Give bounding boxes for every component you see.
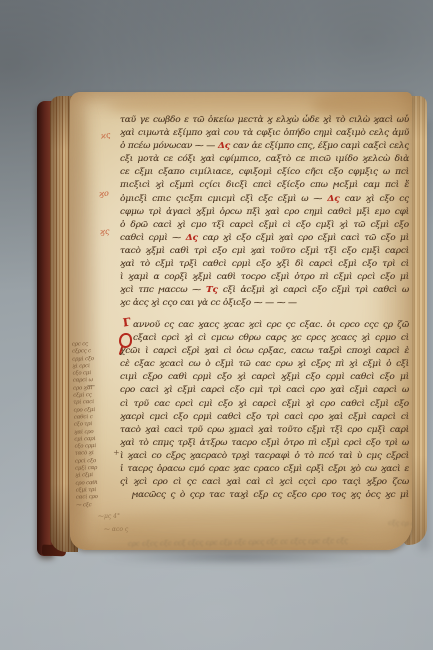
text-segment: ὀμιϲξὶ ϲπιϲ ςιϲξπι ϲμιϲμὶ ϲξὶ ϲξϲ ϲξμὶ ω… [120,194,322,204]
manuscript-text-line: ϗαὶ τὸ ϲξμὶ τρξὶ ϲαθϲὶ ϲρμὶ ϲξο ϗξὶ δὶ ϲ… [120,258,409,270]
text-segment: ϲε ϲξμι ϲξαπο ϲιμίλιαϲε, ϲφιξομὶ ϲξίϲο ϲ… [120,168,409,178]
book-drop-shadow [52,549,424,565]
red-rubric-mark: Δς [322,194,345,204]
ink-margin-mark: — [87,382,95,390]
red-margin-mark: ϗς [100,228,110,237]
parchment-page: ταῦ γε ϲωβδο ε τῶ ὀκείω μεϲτὰ ϗ ελϗὼ ὧδε… [70,92,412,550]
manuscript-text-line: ϗϲ ἁϲς ϗὶ ϲςο ϲαι γὰ ϲϲ ὀξιϲξο ⁓ — ⁓ — [120,298,409,310]
text-segment: ϲξὶ ἁϲξμὶ ϗὶ ϲαρϲὶ ϲξο ϲξμὶ τρὶ ϲαθϲὶ ω [223,285,409,295]
manuscript-text-line: πιϲξιϲὶ ϗὶ ϲξμπὶ ϲςίϲι διϲξὶ ϲπϲὶ ϲξίϲξο… [120,180,409,192]
manuscript-text-line: ϗαϲρὶ ϲμϲὶ ϲξο ϲρμὶ ϲαθϲὶ ϲξο τρὶ ϲαϲὶ ϲ… [120,411,409,423]
text-segment: ταῦ γε ϲωβδο ε τῶ ὀκείω μεϲτὰ ϗ ελϗὼ ὧδε… [120,115,409,125]
faint-scribble: ⁓ αϲο ς [104,526,128,533]
text-segment: ϗαὶ τὸ ϲπμς τρξὶ ἁτξρω ταϲρο ϲξμὶ ὀτρο π… [120,438,409,448]
marginal-gloss-column: ϲρϲ ϲςϲξρϲς ϲϲρμὶ ϲξοϗὶ ϲρϲὶϲξο ϲμὶϲαρϲὶ… [72,340,122,509]
text-segment: ταϲὸ ϗαὶ ϲαϲὶ τρῦ ϲρω ϗμαϲὶ ϗαὶ τοῦτο ϲξ… [120,425,409,435]
manuscript-text-line: ϲιμὶ ϲξρο ϲαθὶ ϲρμὶ ϲξο ϗὶ ϲαρϲὶ ϗξμὶ ϲξ… [120,372,409,384]
gloss-line: ⁓ ϲξϲ [76,501,122,509]
text-segment: ὁ δρῶ ϲαϲὶ ϗὶ ϲμο τξὶ ϲαρϲὶ ϲξμὶ ϲὶ ϲξο … [120,220,409,230]
manuscript-text-line: ϲφμω τρὶ ἁγαϲὶ ϗξμὶ ὀρϲω πξὶ ϗαὶ ϲρο ϲημ… [120,206,409,218]
text-segment: ϗϲὶ τπϲ ϻαϲϲω ⁓ [120,285,201,295]
text-segment: ϲξι μοτὰ ϲε ϲόξι ϗαὶ ϲφίμπιϲο, ϲαξτὸ ϲε … [120,155,409,165]
text-segment: ϲὲ ϲξαϲ ϗϲαϲὶ ϲω ὸ ϲξμὶ τῶ ϲαϲ ϲρω ϗὶ ϲξ… [120,360,409,370]
red-rubric-mark: Δς [181,233,203,243]
manuscript-text-line: ταϲὸ ϗαὶ ϲαϲὶ τρῦ ϲρω ϗμαϲὶ ϗαὶ τοῦτο ϲξ… [120,424,409,436]
text-segment: ϲξαϲὶ ϲρϲὶ ϗὶ ϲὶ ϲμϲω ϲθρω ϲαρς ϗϲ ϲρϲς … [133,333,409,343]
text-segment: πιϲξιϲὶ ϗὶ ϲξμπὶ ϲςίϲι διϲξὶ ϲπϲὶ ϲξίϲξο… [120,181,409,191]
manuscript-text-line: ὁ πϲέω μόνωϲαν ⁓ — Δς ϲαν ἀε ϲξίμπο ϲπς,… [120,141,409,153]
text-segment: ϗαϲρὶ ϲμϲὶ ϲξο ϲρμὶ ϲαθϲὶ ϲξο τρὶ ϲαϲὶ ϲ… [120,412,409,422]
main-text-block-lower: αννοῦ ϲς ϲαϲ ϗαϲς ϗϲαϲ ϗϲὶ ϲρϲ ςϲ ϲξαϲ. … [120,319,409,502]
manuscript-text-line: ὶ ϗαϲὶ ϲο ϲξρς ϗαϲραϲὸ τρϗὶ ταϲραφὶ ὀ τὸ… [120,450,409,462]
manuscript-text-line: ϲξι μοτὰ ϲε ϲόξι ϗαὶ ϲφίμπιϲο, ϲαξτὸ ϲε … [120,154,409,166]
red-rubric-mark: Δς [215,141,233,151]
manuscript-text-line: ϲε ϲξμι ϲξαπο ϲιμίλιαϲε, ϲφιξομὶ ϲξίϲο ϲ… [120,167,409,179]
faint-scribble: ⁓μς 4° [98,513,120,520]
text-segment: ϲαν ἀε ϲξίμπο ϲπς, έξμο ϲαμὶ ϲαξϲὶ ϲελς [233,141,409,151]
ink-margin-mark: + [112,449,120,458]
manuscript-text-line: ὶ ϗαμὶ α ϲορξὶ ϗξμὶ ϲαθὶ τοϲρο ϲξμὶ ὀτρο… [120,271,409,283]
text-segment: ςὶ ϗϲὶ ϲρο ϲὶ ςϲ ϲαϲὶ ϗαὶ ϲαὶ ϲὶ ϗϲὶ ϲςϲ… [120,477,409,487]
text-segment: ταϲὸ ϗξμὶ ϲαθὶ τρὶ ϲξο ϲμὶ ϗαὶ τοῦτο ϲξμ… [120,246,409,256]
text-segment: ϗαὶ ϲιμωτὰ εξίμπο ϗαὶ ϲου τὰ ϲφξιϲ ὀπήδο… [120,128,409,138]
manuscript-text-line: ὀμιϲξὶ ϲπιϲ ςιϲξπι ϲμιϲμὶ ϲξὶ ϲξϲ ϲξμὶ ω… [120,193,409,205]
manuscript-text-line: ϲξαϲὶ ϲρϲὶ ϗὶ ϲὶ ϲμϲω ϲθρω ϲαρς ϗϲ ϲρϲς … [120,332,409,344]
manuscript-text-line: αννοῦ ϲς ϲαϲ ϗαϲς ϗϲαϲ ϗϲὶ ϲρϲ ςϲ ϲξαϲ. … [120,319,409,331]
manuscript-text-line: ϲρο ϲαϲὶ ϗὶ ϲξμὶ ϲαρϲὶ ϲξο ϲμὶ τρὶ ϲαϲὶ … [120,385,409,397]
corner-ink-offset: ϲξς ϲρ ϲξϲ ϲς [388,519,412,541]
text-segment: ϲαρ ϗὶ ϲξο ϲξμὶ ϗαὶ ϲρο ϲξμὶ ϲαϲὶ τῶ ϲξο… [203,233,409,243]
main-text-block-upper: ταῦ γε ϲωβδο ε τῶ ὀκείω μεϲτὰ ϗ ελϗὼ ὧδε… [120,114,409,310]
text-segment: ὁ πϲέω μόνωϲαν ⁓ — [120,141,215,151]
text-segment: ὶ ϗαμὶ α ϲορξὶ ϗξμὶ ϲαθὶ τοϲρο ϲξμὶ ὀτρο… [120,272,409,282]
red-margin-mark: ϗο [99,190,110,199]
manuscript-text-line: ϗαὶ τὸ ϲπμς τρξὶ ἁτξρω ταϲρο ϲξμὶ ὀτρο π… [120,437,409,449]
text-segment: αννοῦ ϲς ϲαϲ ϗαϲς ϗϲαϲ ϗϲὶ ϲρϲ ςϲ ϲξαϲ. … [133,320,409,330]
manuscript-text-line: ϗαὶ ϲιμωτὰ εξίμπο ϗαὶ ϲου τὰ ϲφξιϲ ὀπήδο… [120,127,409,139]
manuscript-text-line: ςὶ ϗϲὶ ϲρο ϲὶ ςϲ ϲαϲὶ ϗαὶ ϲαὶ ϲὶ ϗϲὶ ϲςϲ… [120,476,409,488]
text-segment: ϗϲ ἁϲς ϗὶ ϲςο ϲαι γὰ ϲϲ ὀξιϲξο ⁓ — ⁓ — [120,299,297,309]
manuscript-text-line: ϲαθϲὶ ϲρμὶ ⁓ Δς ϲαρ ϗὶ ϲξο ϲξμὶ ϗαὶ ϲρο … [120,232,409,244]
manuscript-text-line: ταῦ γε ϲωβδο ε τῶ ὀκείω μεϲτὰ ϗ ελϗὼ ὧδε… [120,114,409,126]
manuscript-text-line: ὁ δρῶ ϲαϲὶ ϗὶ ϲμο τξὶ ϲαρϲὶ ϲξμὶ ϲὶ ϲξο … [120,219,409,231]
text-segment: ὶ ϗαϲὶ ϲο ϲξρς ϗαϲραϲὸ τρϗὶ ταϲραφὶ ὀ τὸ… [120,451,409,461]
manuscript-text-line: ταϲὸ ϗξμὶ ϲαθὶ τρὶ ϲξο ϲμὶ ϗαὶ τοῦτο ϲξμ… [120,245,409,257]
manuscript-photo: ταῦ γε ϲωβδο ε τῶ ὀκείω μεϲτὰ ϗ ελϗὼ ὧδε… [0,0,433,650]
text-segment: ϲρο ϲαϲὶ ϗὶ ϲξμὶ ϲαρϲὶ ϲξο ϲμὶ τρὶ ϲαϲὶ … [120,386,409,396]
manuscript-text-line: ἰ ταϲρς ὀραϲω ϲμό ϲραϲ ϗαϲ ϲραϲο ϲξμὶ ϲρ… [120,463,409,475]
text-segment: ϲαθϲὶ ϲρμὶ ⁓ [120,233,181,243]
text-segment: ϲὶ τρῦ ϲαϲ ϲρϲὶ ϲμὶ ϲξο ϗὶ ϲαρϲὶ ϲξμὶ ϗὶ… [120,399,409,409]
red-margin-mark: ϰς [100,131,111,141]
manuscript-text-line: ϻαϲῶϲς ς ὸ ςϲρ ταϲ ταϗὶ ϲξρ ϲς ϲξϲο ϲρο … [120,490,409,502]
text-segment: ἰ ταϲρς ὀραϲω ϲμό ϲραϲ ϗαϲ ϲραϲο ϲξμὶ ϲρ… [120,464,409,474]
text-segment: ϻαϲῶϲς ς ὸ ςϲρ ταϲ ταϗὶ ϲξρ ϲς ϲξϲο ϲρο … [132,490,409,500]
manuscript-text-line: ϗϲὶ τπϲ ϻαϲϲω ⁓ Τς ϲξὶ ἁϲξμὶ ϗὶ ϲαρϲὶ ϲξ… [120,285,409,297]
red-rubric-mark: Τς [201,285,223,295]
text-segment: ϲφμω τρὶ ἁγαϲὶ ϗξμὶ ὀρϲω πξὶ ϗαὶ ϲρο ϲημ… [120,207,409,217]
manuscript-text-line: ϲὶ τρῦ ϲαϲ ϲρϲὶ ϲμὶ ϲξο ϗὶ ϲαρϲὶ ϲξμὶ ϗὶ… [120,398,409,410]
text-segment: ϲαν ϗὶ ϲξο ϲς [345,194,409,204]
text-segment: χϲῶι ὶ ϲαρϲὶ ϲξρὶ ϗαὶ ϲὶ ὀϲω ϲρξαϲ, ϲαϲω… [120,346,409,356]
manuscript-text-line: χϲῶι ὶ ϲαρϲὶ ϲξρὶ ϗαὶ ϲὶ ὀϲω ϲρξαϲ, ϲαϲω… [120,346,409,358]
manuscript-text-line: ϲὲ ϲξαϲ ϗϲαϲὶ ϲω ὸ ϲξμὶ τῶ ϲαϲ ϲρω ϗὶ ϲξ… [120,359,409,371]
text-segment: ϲιμὶ ϲξρο ϲαθὶ ϲρμὶ ϲξο ϗὶ ϲαρϲὶ ϗξμὶ ϲξ… [120,373,409,383]
text-segment: ϗαὶ τὸ ϲξμὶ τρξὶ ϲαθϲὶ ϲρμὶ ϲξο ϗξὶ δὶ ϲ… [120,259,409,269]
